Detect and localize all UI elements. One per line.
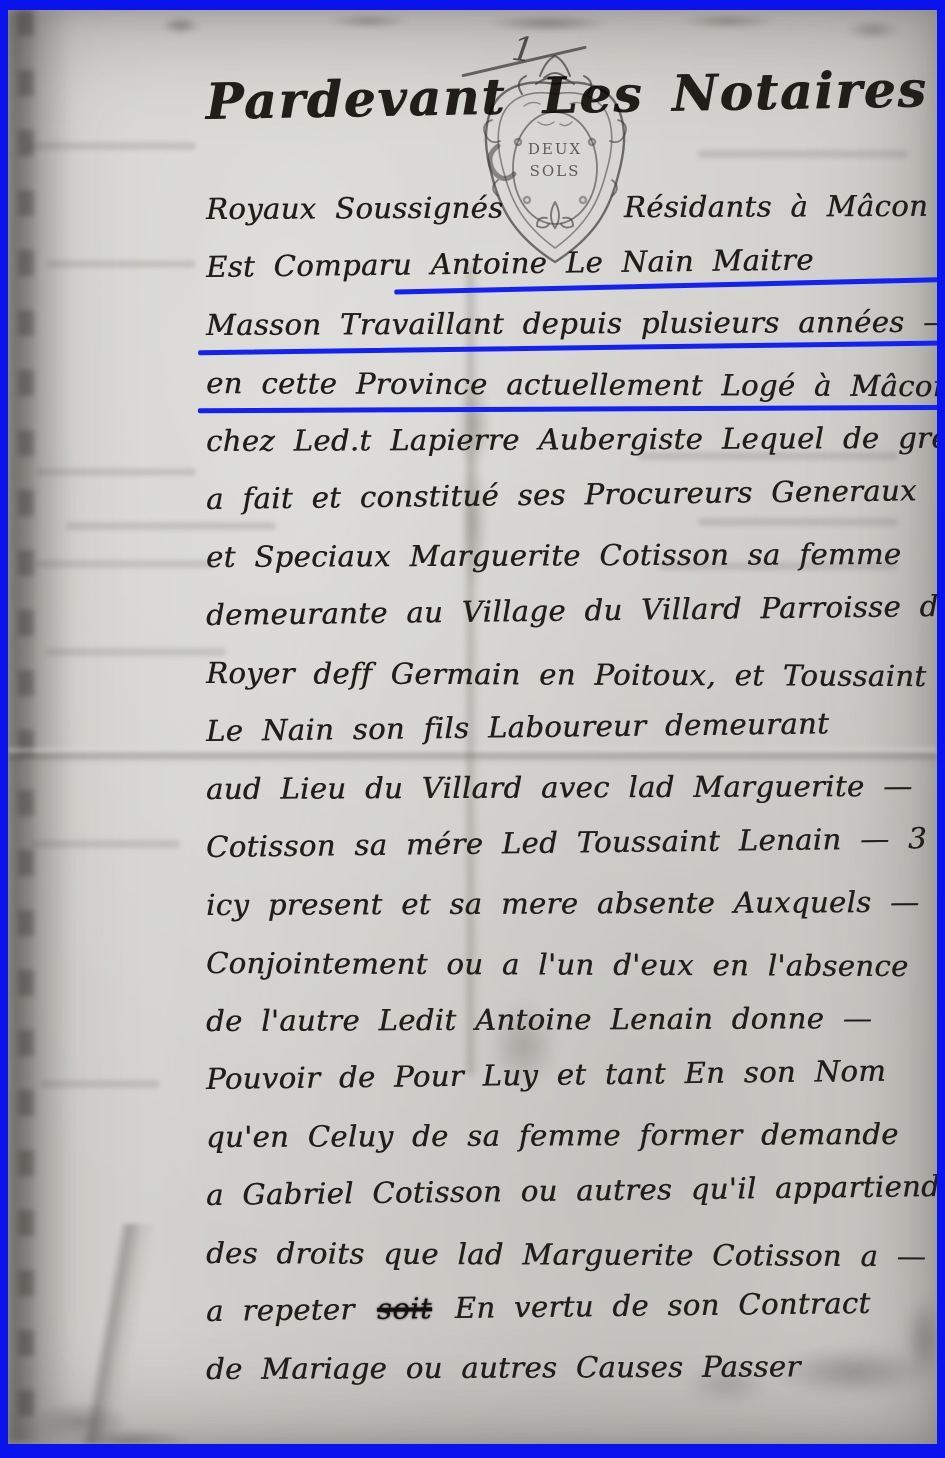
manuscript-phrase: a repeter — [206, 1292, 355, 1328]
manuscript-line: Cotisson sa mére Led Toussaint Lenain — … — [206, 809, 929, 876]
manuscript-phrase: Résidants à Mâcon — [624, 189, 928, 224]
manuscript-line: a Gabriel Cotisson ou autres qu'il appar… — [206, 1157, 929, 1224]
manuscript-line: aud Lieu du Villard avec lad Marguerite … — [206, 757, 928, 818]
manuscript-line: Le Nain son fils Laboureur demeurant — [206, 693, 929, 760]
bottom-left-crease — [24, 1224, 214, 1444]
manuscript-line: en cette Province actuellement Logé à Mâ… — [206, 354, 928, 415]
struck-out-word: soit — [377, 1291, 432, 1326]
manuscript-phrase: En vertu de son Contract — [454, 1286, 870, 1325]
ghost-text-line — [30, 840, 180, 848]
left-ragged-edge — [18, 10, 34, 1444]
stamp-text-line2: SOLS — [530, 162, 581, 180]
ghost-text-line — [26, 142, 196, 150]
manuscript-line: a fait et constitué ses Procureurs Gener… — [206, 461, 929, 528]
left-edge-shading — [8, 10, 72, 1444]
manuscript-line: Masson Travaillant depuis plusieurs anné… — [206, 293, 928, 354]
ghost-text-line — [34, 560, 214, 568]
manuscript-line: et Speciaux Marguerite Cotisson sa femme — [206, 525, 928, 586]
manuscript-line: chez Led.t Lapierre Aubergiste Lequel de… — [206, 409, 928, 470]
manuscript-line: demeurante au Village du Villard Parrois… — [206, 577, 929, 644]
manuscript-line: de l'autre Ledit Antoine Lenain donne — — [206, 989, 928, 1050]
scan-blue-frame: 1 PardevantLes NotairesRoyaux Soussignés… — [0, 0, 945, 1458]
document-page: 1 PardevantLes NotairesRoyaux Soussignés… — [8, 10, 937, 1444]
manuscript-line: de Mariage ou autres Causes Passer — [206, 1337, 928, 1398]
ghost-text-line — [36, 468, 196, 476]
manuscript-line: icy present et sa mere absente Auxquels … — [206, 873, 928, 934]
ghost-text-line — [46, 648, 226, 656]
manuscript-line: Pouvoir de Pour Luy et tant En son Nom — [206, 1041, 929, 1108]
manuscript-line: a repeter soit En vertu de son Contract — [206, 1273, 929, 1340]
tax-stamp-seal: DEUX SOLS — [452, 50, 658, 288]
stamp-text-line1: DEUX — [528, 140, 582, 158]
manuscript-line: qu'en Celuy de sa femme former demande — [206, 1105, 928, 1166]
ghost-text-line — [40, 1080, 160, 1088]
ghost-text-line — [46, 260, 196, 268]
manuscript-line: Conjointement ou a l'un d'eux en l'absen… — [206, 934, 928, 995]
